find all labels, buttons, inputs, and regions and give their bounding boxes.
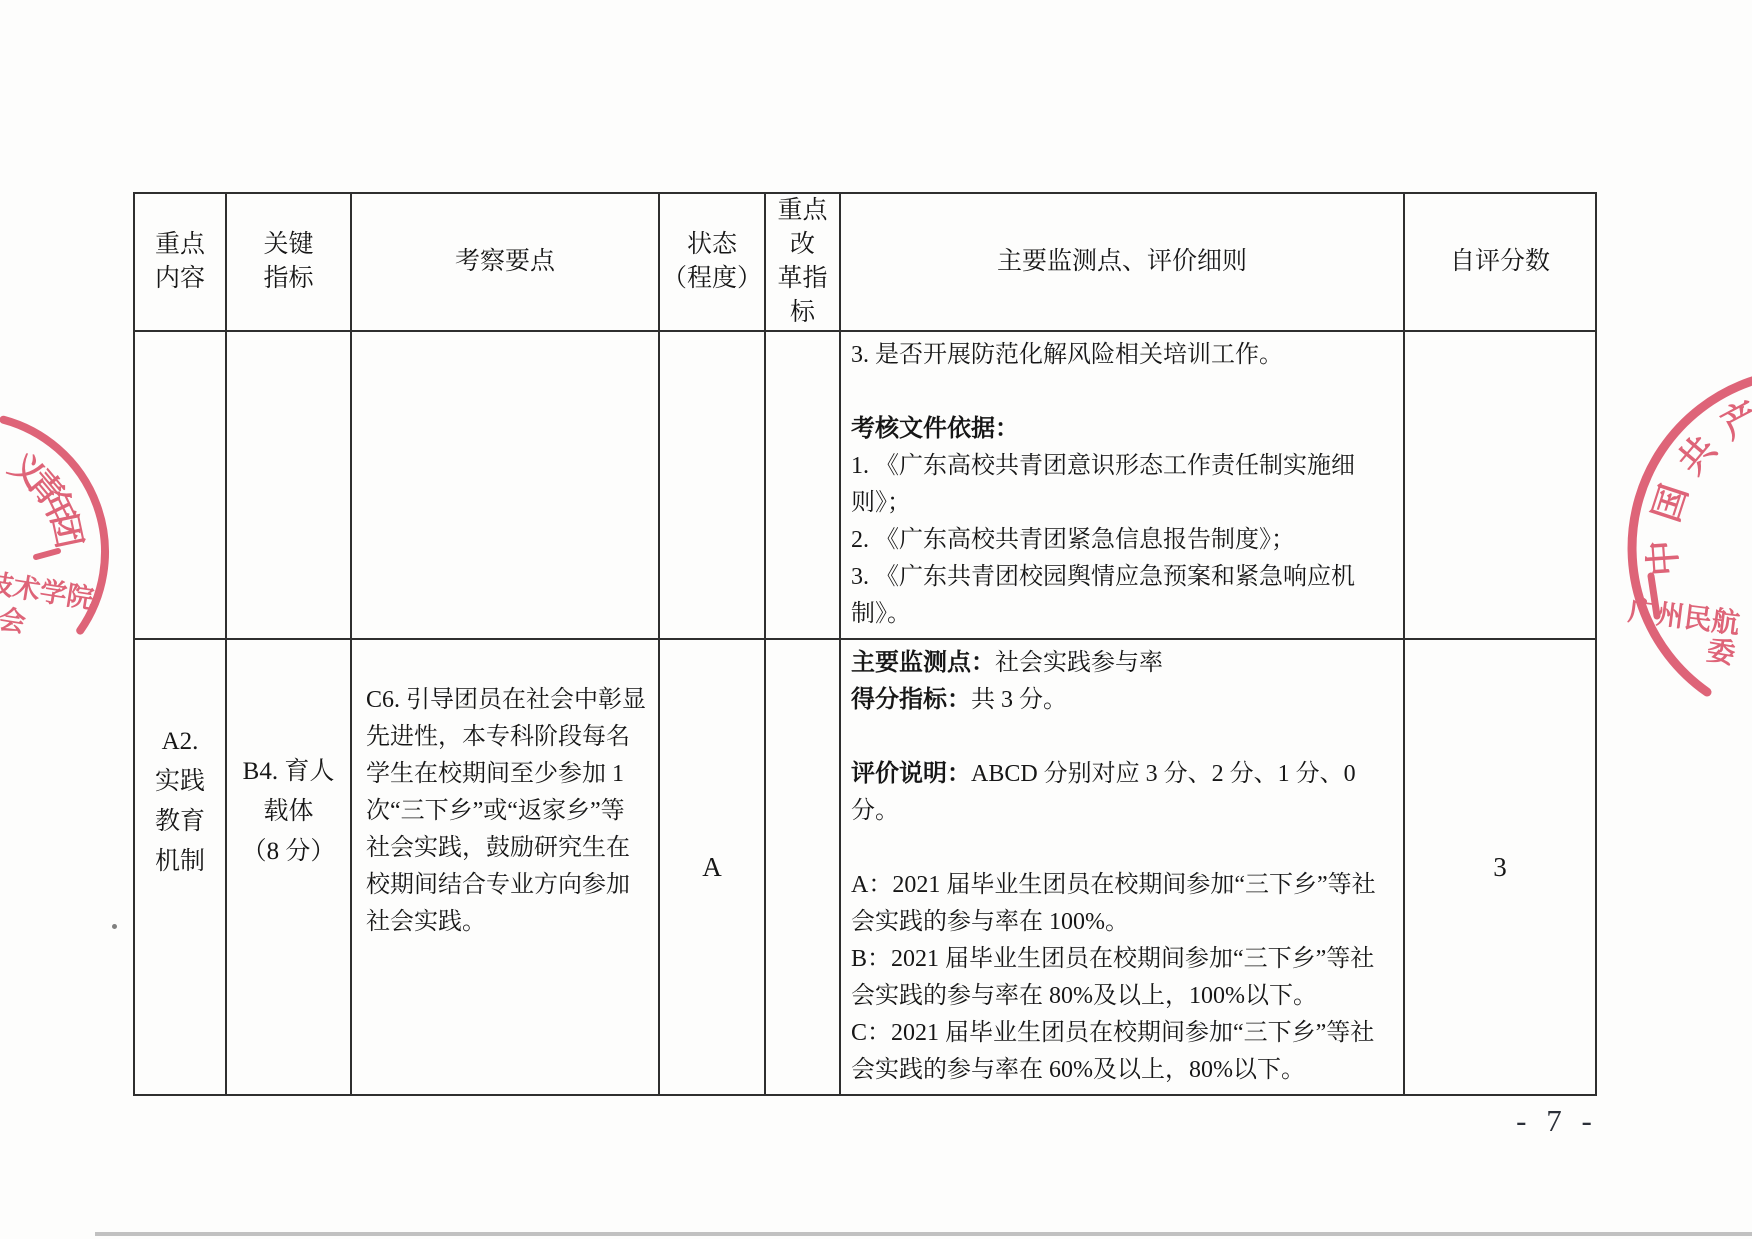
left-stamp-bottom-text: 会	[0, 604, 28, 638]
evaluation-note-line: 评价说明：ABCD 分别对应 3 分、2 分、1 分、0 分。	[851, 756, 1397, 830]
right-stamp-divider	[1651, 576, 1657, 616]
right-stamp-bottom-text: 委	[1705, 634, 1738, 669]
left-stamp-arc-char: 团	[44, 510, 88, 551]
header-reform-indicator: 重点改 革指标	[765, 193, 840, 331]
doc-reference-1: 1. 《广东高校共青团意识形态工作责任制实施细则》；	[851, 448, 1397, 522]
header-row: 重点 内容 关键 指标 考察要点 状态 （程度） 重点改 革指标 主要监测点、评…	[134, 193, 1596, 331]
header-monitor-points: 主要监测点、评价细则	[840, 193, 1404, 331]
right-stamp-arc-char: 共	[1670, 428, 1725, 482]
evaluation-note-label: 评价说明：	[851, 761, 971, 787]
empty-cell	[134, 331, 226, 639]
header-inspection-points: 考察要点	[351, 193, 659, 331]
score-indicator-value: 共 3 分。	[971, 687, 1067, 713]
right-stamp-ring	[1632, 372, 1752, 692]
scan-speck	[112, 924, 117, 929]
right-stamp-arc-char: 国	[1645, 480, 1695, 527]
left-stamp-ring	[4, 420, 105, 631]
right-stamp-seal: 中 国 共 产 广州民航 委	[1627, 372, 1752, 692]
document-page: 重点 内容 关键 指标 考察要点 状态 （程度） 重点改 革指标 主要监测点、评…	[0, 0, 1752, 1239]
blank-line	[851, 374, 1397, 411]
monitor-point-value: 社会实践参与率	[995, 650, 1163, 676]
inspection-points-cell: C6. 引导团员在社会中彰显先进性，本专科阶段每名学生在校期间至少参加 1 次“…	[351, 639, 659, 1095]
empty-cell	[226, 331, 351, 639]
scan-edge-artifact	[95, 1232, 1752, 1236]
header-key-indicator: 关键 指标	[226, 193, 351, 331]
header-status: 状态 （程度）	[659, 193, 765, 331]
left-stamp-arc-char: 义	[2, 446, 52, 497]
score-indicator-line: 得分指标：共 3 分。	[851, 682, 1397, 719]
right-stamp-arc-char: 中	[1641, 539, 1684, 578]
empty-cell	[765, 331, 840, 639]
monitor-item-3: 3. 是否开展防范化解风险相关培训工作。	[851, 337, 1397, 374]
left-stamp-arc-char: 年	[33, 484, 83, 532]
left-stamp-arc-char: 青	[20, 463, 71, 513]
header-key-content: 重点 内容	[134, 193, 226, 331]
monitor-cell-row1: 3. 是否开展防范化解风险相关培训工作。 考核文件依据： 1. 《广东高校共青团…	[840, 331, 1404, 639]
reform-indicator-cell	[765, 639, 840, 1095]
table-row-a2: A2. 实践 教育 机制 B4. 育人 载体 （8 分） C6. 引导团员在社会…	[134, 639, 1596, 1095]
evaluation-table: 重点 内容 关键 指标 考察要点 状态 （程度） 重点改 革指标 主要监测点、评…	[133, 192, 1597, 1096]
grade-b-criterion: B：2021 届毕业生团员在校期间参加“三下乡”等社会实践的参与率在 80%及以…	[851, 941, 1397, 1015]
self-score-cell: 3	[1404, 639, 1596, 1095]
empty-cell	[351, 331, 659, 639]
page-number: - 7 -	[1487, 1103, 1627, 1139]
left-stamp-seal: 义 青 年 团 技术学院 会	[0, 420, 105, 638]
monitor-point-label: 主要监测点：	[851, 650, 995, 676]
blank-line	[851, 719, 1397, 756]
left-stamp-mid-text: 技术学院	[0, 568, 96, 615]
doc-reference-2: 2. 《广东高校共青团紧急信息报告制度》；	[851, 522, 1397, 559]
header-self-score: 自评分数	[1404, 193, 1596, 331]
monitor-point-line: 主要监测点：社会实践参与率	[851, 645, 1397, 682]
empty-cell	[659, 331, 765, 639]
empty-cell	[1404, 331, 1596, 639]
score-indicator-label: 得分指标：	[851, 687, 971, 713]
key-content-cell: A2. 实践 教育 机制	[134, 639, 226, 1095]
right-stamp-arc-char: 产	[1714, 393, 1752, 446]
monitor-cell-row2: 主要监测点：社会实践参与率 得分指标：共 3 分。 评价说明：ABCD 分别对应…	[840, 639, 1404, 1095]
grade-c-criterion: C：2021 届毕业生团员在校期间参加“三下乡”等社会实践的参与率在 60%及以…	[851, 1015, 1397, 1089]
grade-a-criterion: A：2021 届毕业生团员在校期间参加“三下乡”等社会实践的参与率在 100%。	[851, 867, 1397, 941]
left-stamp-divider	[36, 551, 58, 557]
right-stamp-mid-text: 广州民航	[1627, 595, 1742, 639]
status-cell: A	[659, 639, 765, 1095]
blank-line	[851, 830, 1397, 867]
docs-heading: 考核文件依据：	[851, 411, 1397, 448]
key-indicator-cell: B4. 育人 载体 （8 分）	[226, 639, 351, 1095]
table-row-continuation: 3. 是否开展防范化解风险相关培训工作。 考核文件依据： 1. 《广东高校共青团…	[134, 331, 1596, 639]
doc-reference-3: 3. 《广东共青团校园舆情应急预案和紧急响应机制》。	[851, 559, 1397, 633]
